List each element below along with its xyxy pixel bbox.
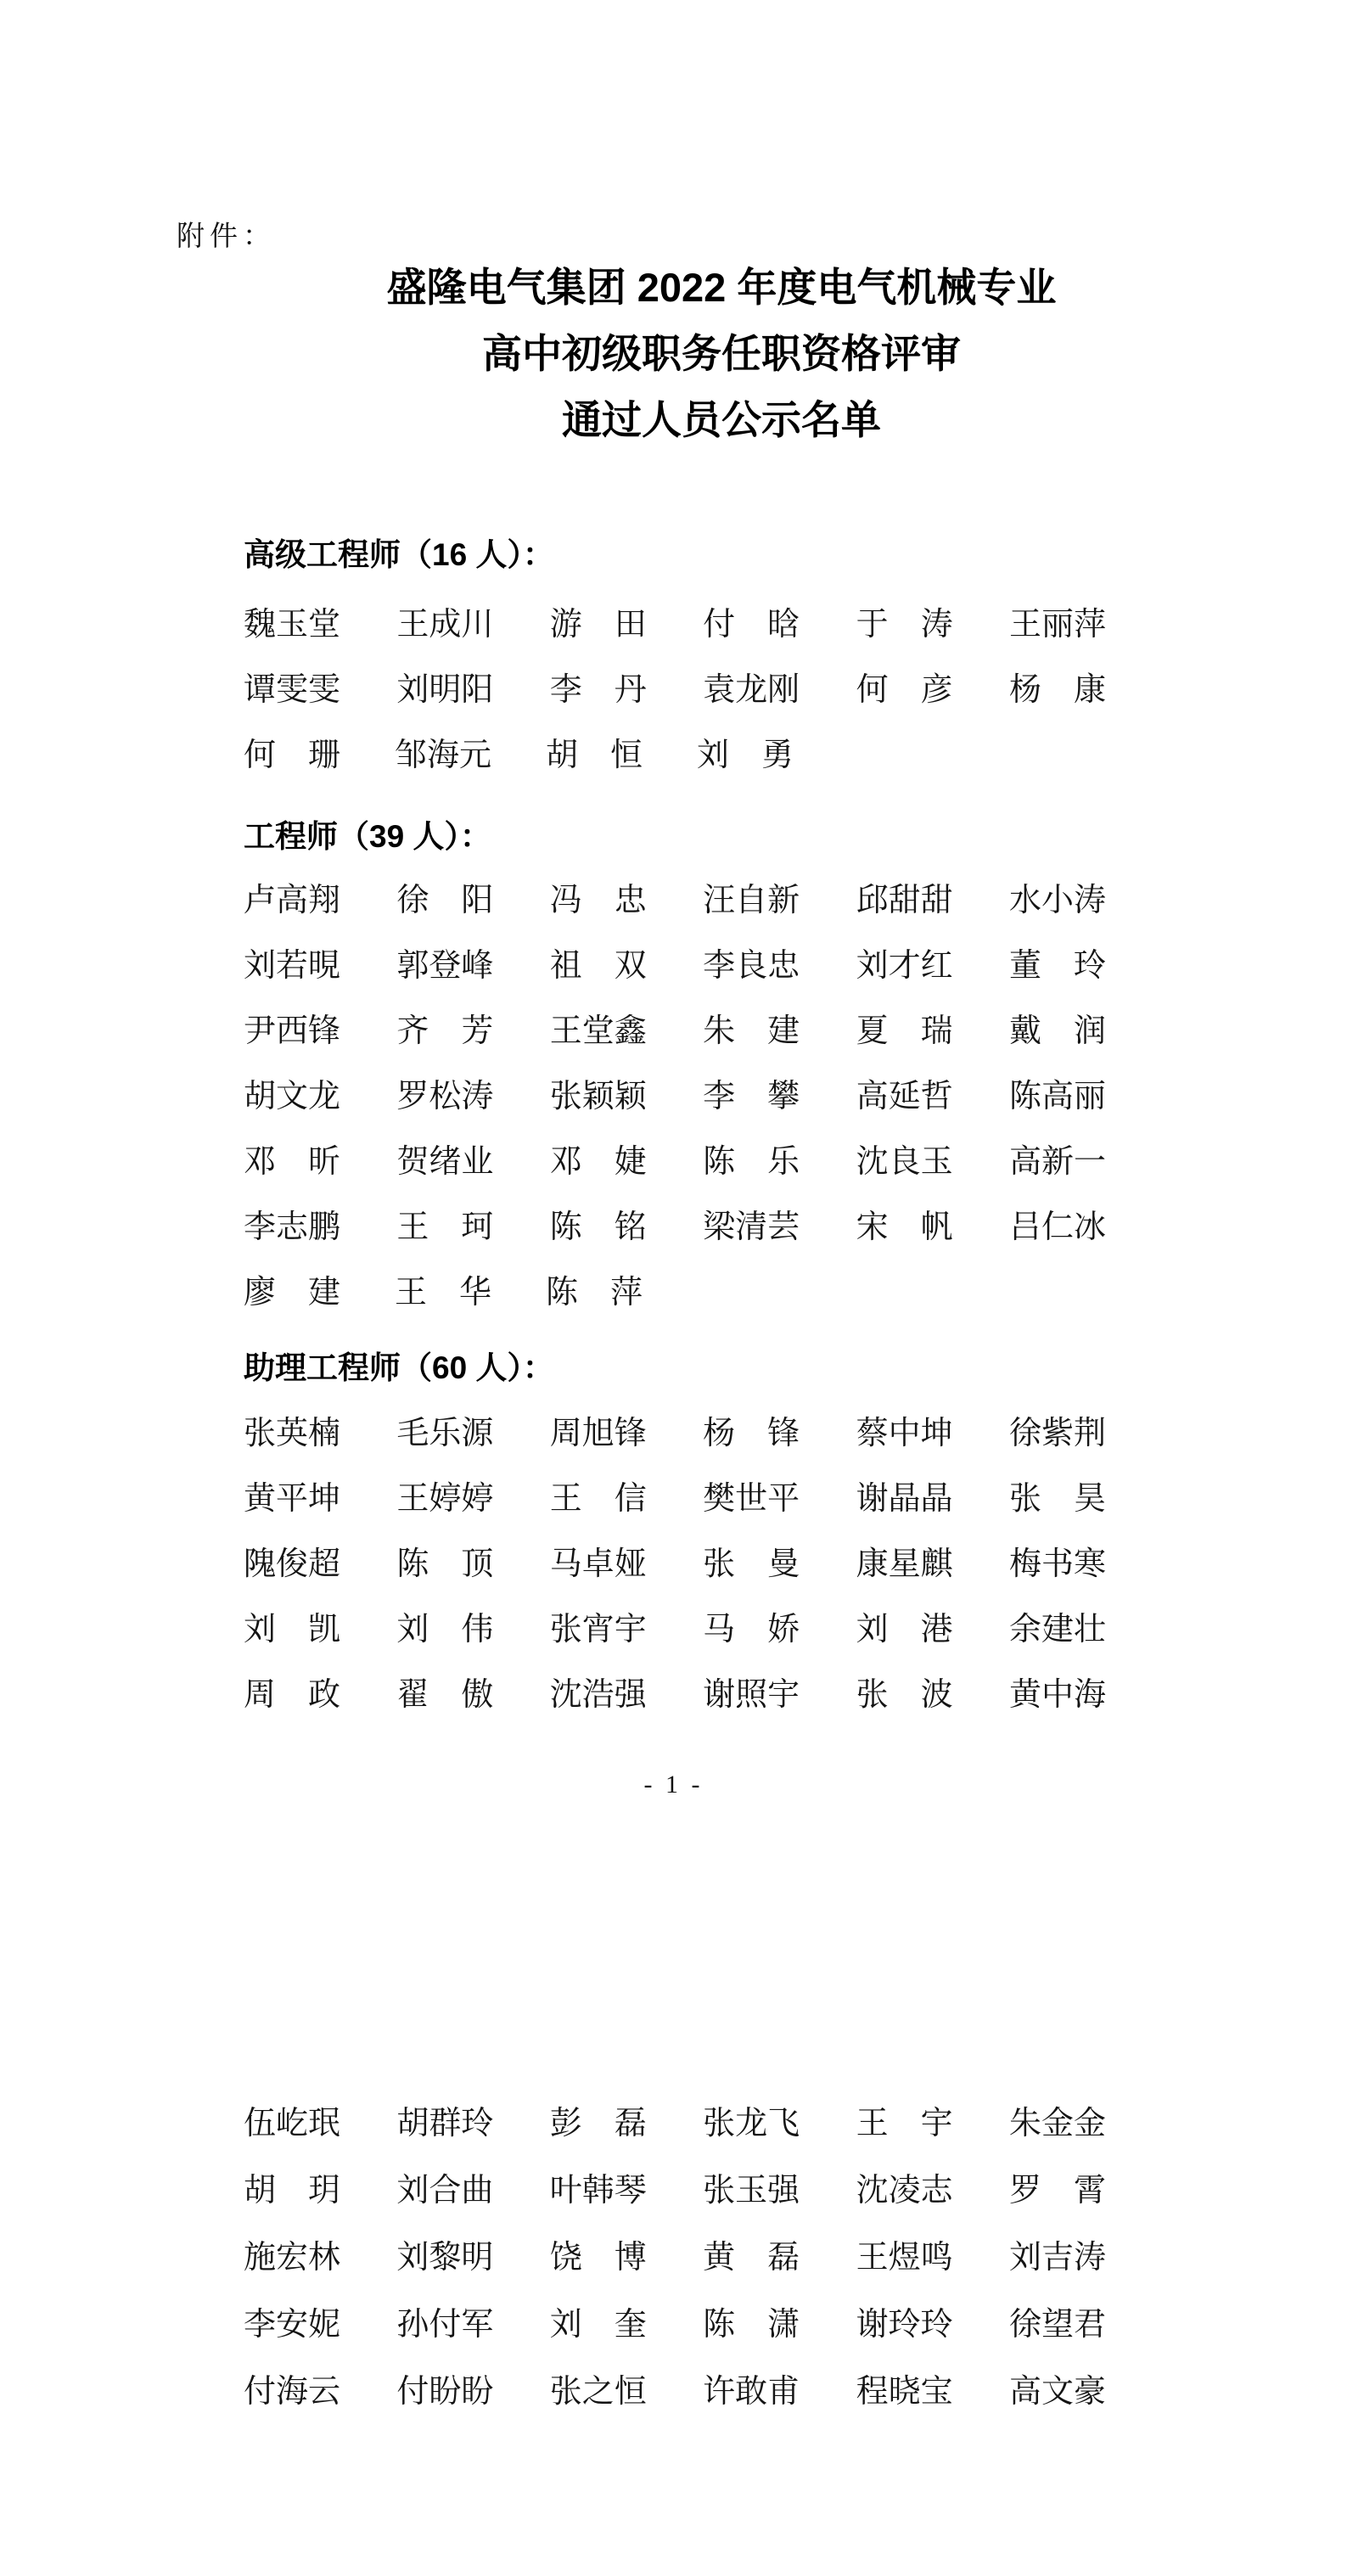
- name-row: 何 珊邹海元胡 恒刘 勇: [244, 735, 1106, 776]
- name-row: 周 政翟 傲沈浩强谢照宇张 波黄中海: [244, 1675, 1106, 1715]
- person-name: 李 攀: [703, 1076, 800, 1117]
- person-name: 贺绪业: [396, 1142, 493, 1182]
- person-name: 马卓娅: [550, 1544, 647, 1585]
- person-name: 杨 锋: [703, 1413, 800, 1454]
- name-row: 张英楠毛乐源周旭锋杨 锋蔡中坤徐紫荆: [244, 1413, 1106, 1454]
- person-name: 徐 阳: [396, 880, 493, 921]
- person-name: 廖 建: [244, 1272, 340, 1313]
- person-name: 于 涛: [856, 604, 953, 645]
- person-name: 刘明阳: [396, 670, 493, 710]
- section-heading-engineer: 工程师（39 人）：: [244, 817, 491, 857]
- person-name: 黄平坤: [244, 1479, 340, 1519]
- name-row: 尹西锋齐 芳王堂鑫朱 建夏 瑞戴 润: [244, 1011, 1106, 1052]
- person-name: 王丽萍: [1009, 604, 1106, 645]
- person-name: 梅书寒: [1009, 1544, 1106, 1585]
- name-row: 付海云付盼盼张之恒许敢甫程晓宝高文豪: [244, 2371, 1106, 2412]
- name-row: 胡文龙罗松涛张颖颖李 攀高延哲陈高丽: [244, 1076, 1106, 1117]
- person-name: 宋 帆: [856, 1207, 953, 1248]
- person-name: 樊世平: [703, 1479, 800, 1519]
- person-name: 刘 凯: [244, 1609, 340, 1650]
- title-line-1: 盛隆电气集团 2022 年度电气机械专业: [229, 255, 1214, 321]
- person-name: 黄中海: [1009, 1675, 1106, 1715]
- person-name: 王 珂: [396, 1207, 493, 1248]
- person-name: 陈 铭: [550, 1207, 647, 1248]
- person-name: 邓 婕: [550, 1142, 647, 1182]
- person-name: 杨 康: [1009, 670, 1106, 710]
- name-list-assistant-engineer-continued: 伍屹珉胡群玲彭 磊张龙飞王 宇朱金金胡 玥刘合曲叶韩琴张玉强沈凌志罗 霄施宏林刘…: [244, 2103, 1106, 2439]
- person-name: 戴 润: [1009, 1011, 1106, 1052]
- person-name: 梁清芸: [703, 1207, 800, 1248]
- section-heading-senior-engineer: 高级工程师（16 人）：: [244, 535, 554, 575]
- person-name: 胡群玲: [396, 2103, 493, 2144]
- person-name: 余建壮: [1009, 1609, 1106, 1650]
- person-name: 罗 霄: [1009, 2170, 1106, 2211]
- person-name: 付海云: [244, 2371, 340, 2412]
- person-name: 王 信: [550, 1479, 647, 1519]
- person-name: 施宏林: [244, 2237, 340, 2278]
- person-name: 刘合曲: [396, 2170, 493, 2211]
- name-row: 刘 凯刘 伟张宵宇马 娇刘 港余建壮: [244, 1609, 1106, 1650]
- person-name: 谢照宇: [703, 1675, 800, 1715]
- name-list-engineer: 卢高翔徐 阳冯 忠汪自新邱甜甜水小涛刘若晛郭登峰祖 双李良忠刘才红董 玲尹西锋齐…: [244, 880, 1106, 1338]
- person-name: 许敢甫: [703, 2371, 800, 2412]
- name-row: 卢高翔徐 阳冯 忠汪自新邱甜甜水小涛: [244, 880, 1106, 921]
- person-name: 刘才红: [856, 946, 953, 986]
- person-name: 王婷婷: [396, 1479, 493, 1519]
- person-name: 付盼盼: [396, 2371, 493, 2412]
- person-name: 张之恒: [550, 2371, 647, 2412]
- person-name: 程晓宝: [856, 2371, 953, 2412]
- person-name: 张宵宇: [550, 1609, 647, 1650]
- person-name: 张英楠: [244, 1413, 340, 1454]
- name-row: 魏玉堂王成川游 田付 晗于 涛王丽萍: [244, 604, 1106, 645]
- person-name: 付 晗: [703, 604, 800, 645]
- page-number: - 1 -: [0, 1771, 1347, 1799]
- person-name: 徐望君: [1009, 2304, 1106, 2345]
- person-name: 沈凌志: [856, 2170, 953, 2211]
- person-name: 叶韩琴: [550, 2170, 647, 2211]
- person-name: 尹西锋: [244, 1011, 340, 1052]
- name-row: 黄平坤王婷婷王 信樊世平谢晶晶张 昊: [244, 1479, 1106, 1519]
- person-name: 董 玲: [1009, 946, 1106, 986]
- person-name: 邹海元: [395, 735, 491, 776]
- person-name: 刘 港: [856, 1609, 953, 1650]
- person-name: 孙付军: [396, 2304, 493, 2345]
- person-name: 李志鹏: [244, 1207, 340, 1248]
- person-name: 魏玉堂: [244, 604, 340, 645]
- person-name: 何 珊: [244, 735, 340, 776]
- person-name: 张颖颖: [550, 1076, 647, 1117]
- person-name: 谢晶晶: [856, 1479, 953, 1519]
- name-list-senior-engineer: 魏玉堂王成川游 田付 晗于 涛王丽萍谭雯雯刘明阳李 丹袁龙刚何 彦杨 康何 珊邹…: [244, 604, 1106, 800]
- name-row: 施宏林刘黎明饶 博黄 磊王煜鸣刘吉涛: [244, 2237, 1106, 2278]
- person-name: 夏 瑞: [856, 1011, 953, 1052]
- person-name: 冯 忠: [550, 880, 647, 921]
- person-name: 高新一: [1009, 1142, 1106, 1182]
- person-name: 张 波: [856, 1675, 953, 1715]
- person-name: 罗松涛: [396, 1076, 493, 1117]
- person-name: 胡 玥: [244, 2170, 340, 2211]
- name-list-assistant-engineer: 张英楠毛乐源周旭锋杨 锋蔡中坤徐紫荆黄平坤王婷婷王 信樊世平谢晶晶张 昊隗俊超陈…: [244, 1413, 1106, 1740]
- person-name: 王堂鑫: [550, 1011, 647, 1052]
- person-name: 伍屹珉: [244, 2103, 340, 2144]
- name-row: 邓 昕贺绪业邓 婕陈 乐沈良玉高新一: [244, 1142, 1106, 1182]
- person-name: 徐紫荆: [1009, 1413, 1106, 1454]
- person-name: 刘 伟: [396, 1609, 493, 1650]
- person-name: 吕仁冰: [1009, 1207, 1106, 1248]
- person-name: 张 曼: [703, 1544, 800, 1585]
- name-row: 李安妮孙付军刘 奎陈 潇谢玲玲徐望君: [244, 2304, 1106, 2345]
- person-name: 谭雯雯: [244, 670, 340, 710]
- person-name: 蔡中坤: [856, 1413, 953, 1454]
- person-name: 卢高翔: [244, 880, 340, 921]
- person-name: 周 政: [244, 1675, 340, 1715]
- person-name: 朱 建: [703, 1011, 800, 1052]
- person-name: 张龙飞: [703, 2103, 800, 2144]
- title-line-3: 通过人员公示名单: [229, 387, 1214, 453]
- name-row: 刘若晛郭登峰祖 双李良忠刘才红董 玲: [244, 946, 1106, 986]
- person-name: 邓 昕: [244, 1142, 340, 1182]
- person-name: 隗俊超: [244, 1544, 340, 1585]
- person-name: 朱金金: [1009, 2103, 1106, 2144]
- person-name: 水小涛: [1009, 880, 1106, 921]
- person-name: 袁龙刚: [703, 670, 800, 710]
- document-page: 附件： 盛隆电气集团 2022 年度电气机械专业 高中初级职务任职资格评审 通过…: [0, 0, 1347, 2576]
- person-name: 邱甜甜: [856, 880, 953, 921]
- person-name: 周旭锋: [550, 1413, 647, 1454]
- person-name: 何 彦: [856, 670, 953, 710]
- person-name: 高延哲: [856, 1076, 953, 1117]
- person-name: 张玉强: [703, 2170, 800, 2211]
- person-name: 翟 傲: [396, 1675, 493, 1715]
- attachment-label: 附件：: [177, 214, 276, 254]
- person-name: 王煜鸣: [856, 2237, 953, 2278]
- person-name: 康星麒: [856, 1544, 953, 1585]
- person-name: 刘若晛: [244, 946, 340, 986]
- name-row: 隗俊超陈 顶马卓娅张 曼康星麒梅书寒: [244, 1544, 1106, 1585]
- document-title: 盛隆电气集团 2022 年度电气机械专业 高中初级职务任职资格评审 通过人员公示…: [229, 255, 1214, 453]
- section-heading-assistant-engineer: 助理工程师（60 人）：: [244, 1348, 554, 1389]
- person-name: 彭 磊: [550, 2103, 647, 2144]
- person-name: 游 田: [550, 604, 647, 645]
- person-name: 谢玲玲: [856, 2304, 953, 2345]
- person-name: 王成川: [396, 604, 493, 645]
- person-name: 张 昊: [1009, 1479, 1106, 1519]
- person-name: 刘吉涛: [1009, 2237, 1106, 2278]
- person-name: 沈良玉: [856, 1142, 953, 1182]
- name-row: 廖 建王 华陈 萍: [244, 1272, 1106, 1313]
- person-name: 王 宇: [856, 2103, 953, 2144]
- person-name: 刘 奎: [550, 2304, 647, 2345]
- name-row: 李志鹏王 珂陈 铭梁清芸宋 帆吕仁冰: [244, 1207, 1106, 1248]
- person-name: 刘 勇: [697, 735, 794, 776]
- person-name: 李良忠: [703, 946, 800, 986]
- person-name: 陈 潇: [703, 2304, 800, 2345]
- person-name: 沈浩强: [550, 1675, 647, 1715]
- person-name: 陈 乐: [703, 1142, 800, 1182]
- name-row: 伍屹珉胡群玲彭 磊张龙飞王 宇朱金金: [244, 2103, 1106, 2144]
- person-name: 胡文龙: [244, 1076, 340, 1117]
- person-name: 郭登峰: [396, 946, 493, 986]
- person-name: 陈高丽: [1009, 1076, 1106, 1117]
- person-name: 李安妮: [244, 2304, 340, 2345]
- person-name: 高文豪: [1009, 2371, 1106, 2412]
- person-name: 刘黎明: [396, 2237, 493, 2278]
- person-name: 黄 磊: [703, 2237, 800, 2278]
- person-name: 毛乐源: [396, 1413, 493, 1454]
- person-name: 王 华: [395, 1272, 491, 1313]
- person-name: 齐 芳: [396, 1011, 493, 1052]
- title-line-2: 高中初级职务任职资格评审: [229, 321, 1214, 387]
- person-name: 祖 双: [550, 946, 647, 986]
- name-row: 胡 玥刘合曲叶韩琴张玉强沈凌志罗 霄: [244, 2170, 1106, 2211]
- person-name: 胡 恒: [546, 735, 643, 776]
- person-name: 马 娇: [703, 1609, 800, 1650]
- person-name: 汪自新: [703, 880, 800, 921]
- name-row: 谭雯雯刘明阳李 丹袁龙刚何 彦杨 康: [244, 670, 1106, 710]
- person-name: 饶 博: [550, 2237, 647, 2278]
- person-name: 陈 顶: [396, 1544, 493, 1585]
- person-name: 陈 萍: [546, 1272, 643, 1313]
- person-name: 李 丹: [550, 670, 647, 710]
